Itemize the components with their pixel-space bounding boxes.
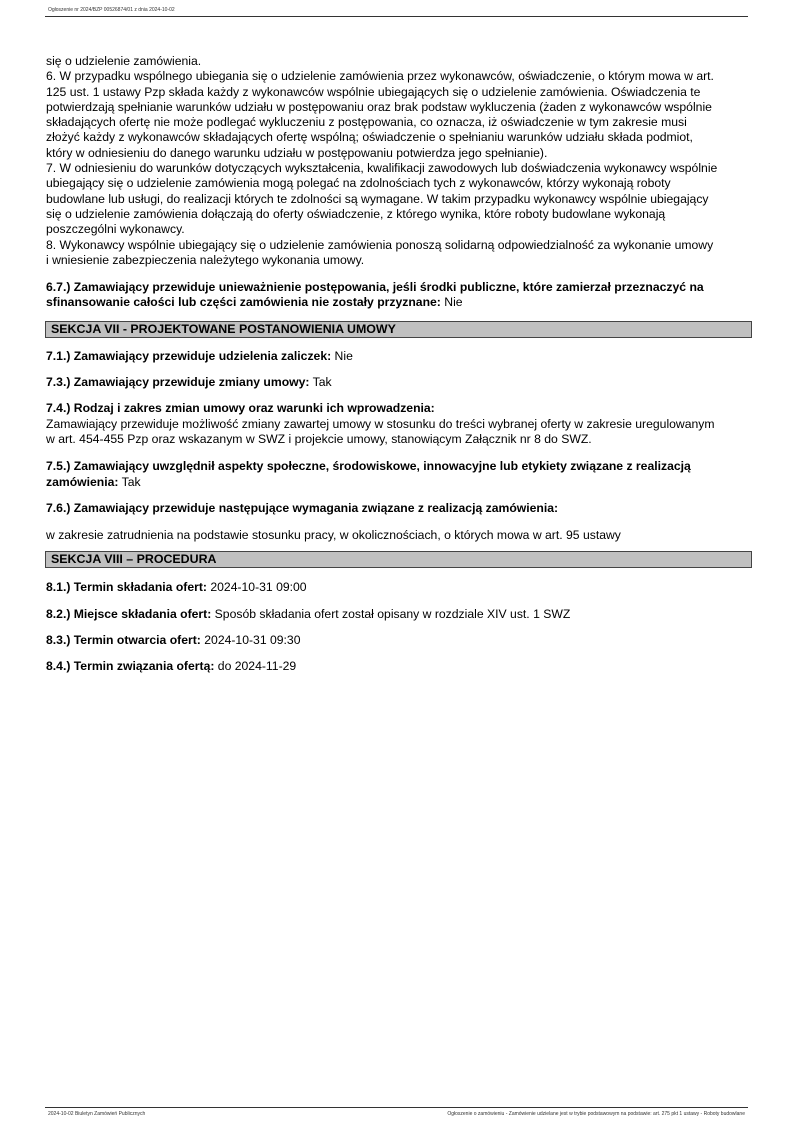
page-header: Ogłoszenie nr 2024/BZP 00526874/01 z dni…	[45, 5, 748, 17]
item-8-4: 8.4.) Termin związania ofertą: do 2024-1…	[46, 659, 751, 674]
text-line: potwierdzają spełnianie warunków udziału…	[46, 100, 751, 115]
item-label: 7.3.) Zamawiający przewiduje zmiany umow…	[46, 375, 309, 389]
item-8-3: 8.3.) Termin otwarcia ofert: 2024-10-31 …	[46, 633, 751, 648]
item-text: w art. 454-455 Pzp oraz wskazanym w SWZ …	[46, 432, 592, 446]
item-label: 7.4.) Rodzaj i zakres zmian umowy oraz w…	[46, 401, 435, 415]
item-7-3: 7.3.) Zamawiający przewiduje zmiany umow…	[46, 375, 751, 390]
item-7-5: 7.5.) Zamawiający uwzględnił aspekty spo…	[46, 459, 751, 490]
text-line: się o udzielenie zamówienia dołączają do…	[46, 207, 751, 222]
item-label: 7.6.) Zamawiający przewiduje następujące…	[46, 501, 558, 515]
item-label: zamówienia:	[46, 475, 118, 489]
text-line: złożyć każdy z wykonawców składających o…	[46, 130, 751, 145]
item-7-4: 7.4.) Rodzaj i zakres zmian umowy oraz w…	[46, 401, 751, 447]
item-6-7: 6.7.) Zamawiający przewiduje unieważnien…	[46, 280, 751, 311]
footer-left: 2024-10-02 Biuletyn Zamówień Publicznych	[48, 1109, 145, 1119]
text-line: 8. Wykonawcy wspólnie ubiegający się o u…	[46, 238, 751, 253]
page-footer: 2024-10-02 Biuletyn Zamówień Publicznych…	[45, 1107, 748, 1108]
item-7-6: 7.6.) Zamawiający przewiduje następujące…	[46, 501, 751, 516]
continuation-text: się o udzielenie zamówienia. 6. W przypa…	[46, 54, 751, 268]
text-line: i wniesienie zabezpieczenia należytego w…	[46, 253, 751, 268]
footer-right: Ogłoszenie o zamówieniu - Zamówienie udz…	[447, 1109, 745, 1119]
text-line: się o udzielenie zamówienia.	[46, 54, 751, 69]
item-value: Nie	[441, 295, 463, 309]
document-content: się o udzielenie zamówienia. 6. W przypa…	[46, 54, 751, 675]
item-8-1: 8.1.) Termin składania ofert: 2024-10-31…	[46, 580, 751, 595]
item-label: 8.2.) Miejsce składania ofert:	[46, 607, 211, 621]
item-value: Nie	[331, 349, 353, 363]
item-value: do 2024-11-29	[214, 659, 296, 673]
item-label: 8.4.) Termin związania ofertą:	[46, 659, 214, 673]
item-value: 2024-10-31 09:00	[207, 580, 307, 594]
item-7-6-text: w zakresie zatrudnienia na podstawie sto…	[46, 528, 751, 543]
item-value: Sposób składania ofert został opisany w …	[211, 607, 570, 621]
text-line: ubiegający się o udzielenie zamówienia m…	[46, 176, 751, 191]
item-label: 8.1.) Termin składania ofert:	[46, 580, 207, 594]
text-line: który w odniesieniu do danego warunku ud…	[46, 146, 751, 161]
section-7-header: SEKCJA VII - PROJEKTOWANE POSTANOWIENIA …	[45, 321, 752, 338]
text-line: budowlane lub usługi, do realizacji któr…	[46, 192, 751, 207]
item-label: sfinansowanie całości lub części zamówie…	[46, 295, 441, 309]
notice-id: Ogłoszenie nr 2024/BZP 00526874/01 z dni…	[45, 7, 175, 13]
item-8-2: 8.2.) Miejsce składania ofert: Sposób sk…	[46, 607, 751, 622]
text-line: poszczególni wykonawcy.	[46, 222, 751, 237]
item-text: Zamawiający przewiduje możliwość zmiany …	[46, 417, 715, 431]
item-7-1: 7.1.) Zamawiający przewiduje udzielenia …	[46, 349, 751, 364]
text-line: składających ofertę nie może podlegać wy…	[46, 115, 751, 130]
text-line: 6. W przypadku wspólnego ubiegania się o…	[46, 69, 751, 84]
item-label: 7.1.) Zamawiający przewiduje udzielenia …	[46, 349, 331, 363]
text-line: 125 ust. 1 ustawy Pzp składa każdy z wyk…	[46, 85, 751, 100]
text-line: 7. W odniesieniu do warunków dotyczących…	[46, 161, 751, 176]
item-label: 7.5.) Zamawiający uwzględnił aspekty spo…	[46, 459, 691, 473]
section-8-header: SEKCJA VIII – PROCEDURA	[45, 551, 752, 568]
item-value: Tak	[118, 475, 140, 489]
item-value: 2024-10-31 09:30	[201, 633, 301, 647]
item-value: Tak	[309, 375, 331, 389]
item-label: 6.7.) Zamawiający przewiduje unieważnien…	[46, 280, 704, 294]
item-label: 8.3.) Termin otwarcia ofert:	[46, 633, 201, 647]
